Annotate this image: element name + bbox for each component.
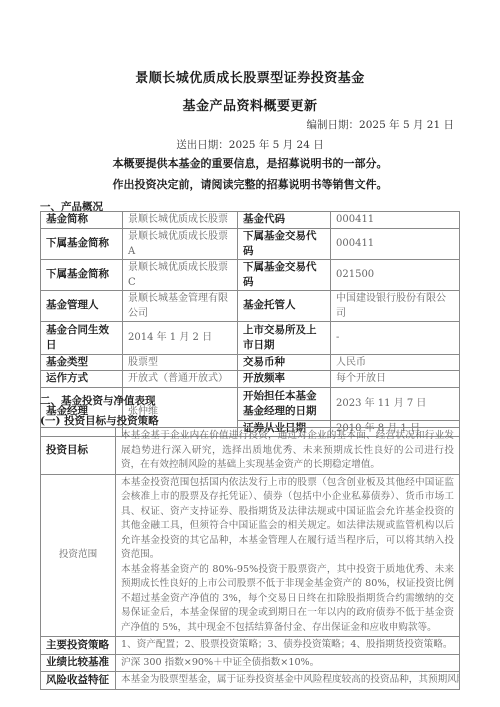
label-listing-exchange-date: 上市交易所及上市日期	[238, 321, 331, 354]
label-sub-fund-a-name: 下属基金简称	[41, 228, 123, 259]
value-manager-start-date: 2023 年 11 月 7 日	[331, 387, 460, 420]
value-trading-currency: 人民币	[331, 354, 460, 371]
table-row: 投资范围 本基金投资范围包括国内依法发行上市的股票（包含创业板及其他经中国证监会…	[41, 474, 460, 637]
value-fund-type: 股票型	[123, 354, 238, 371]
investment-strategy-table: 投资目标 本基金基于企业内在价值进行投资，通过对企业的基本面、经营状况和行业发展…	[40, 427, 460, 690]
label-open-frequency: 开放频率	[238, 371, 331, 388]
value-fund-manager-company: 景顺长城基金管理有限公司	[123, 290, 238, 321]
label-sub-fund-c-code: 下属基金交易代码	[238, 259, 331, 290]
section-investment-heading: 二、基金投资与净值表现	[40, 393, 156, 408]
label-investment-scope: 投资范围	[41, 474, 116, 637]
table-row: 投资目标 本基金基于企业内在价值进行投资，通过对企业的基本面、经营状况和行业发展…	[41, 428, 460, 475]
label-operation-mode: 运作方式	[41, 371, 123, 388]
notice-line-1: 本概要提供本基金的重要信息，是招募说明书的一部分。	[0, 155, 500, 171]
value-listing-exchange-date: -	[331, 321, 460, 354]
label-fund-manager-company: 基金管理人	[41, 290, 123, 321]
label-custodian: 基金托管人	[238, 290, 331, 321]
value-investment-scope: 本基金投资范围包括国内依法发行上市的股票（包含创业板及其他经中国证监会核准上市的…	[116, 474, 460, 637]
send-date: 送出日期：2025 年 5 月 24 日	[0, 137, 500, 152]
value-custodian: 中国建设银行股份有限公司	[331, 290, 460, 321]
value-operation-mode: 开放式（普通开放式）	[123, 371, 238, 388]
value-investment-objective: 本基金基于企业内在价值进行投资，通过对企业的基本面、经营状况和行业发展趋势进行深…	[116, 428, 460, 475]
notice-line-2: 作出投资决定前，请阅读完整的招募说明书等销售文件。	[0, 176, 500, 192]
table-row: 基金管理人 景顺长城基金管理有限公司 基金托管人 中国建设银行股份有限公司	[41, 290, 460, 321]
value-sub-fund-a-code: 000411	[331, 228, 460, 259]
compile-date: 编制日期：2025 年 5 月 21 日	[307, 117, 454, 132]
value-main-strategy: 1、资产配置；2、股票投资策略；3、债券投资策略；4、股指期货投资策略。	[116, 637, 460, 655]
value-risk-return: 本基金为股票型基金，属于证券投资基金中风险程度较高的投资品种，其预期风险和预	[116, 672, 460, 690]
table-row: 业绩比较基准 沪深 300 指数×90%＋中证全债指数×10%。	[41, 654, 460, 672]
label-sub-fund-a-code: 下属基金交易代码	[238, 228, 331, 259]
table-row: 基金简称 景顺长城优质成长股票 基金代码 000411	[41, 212, 460, 229]
label-contract-effective-date: 基金合同生效日	[41, 321, 123, 354]
value-fund-short-name: 景顺长城优质成长股票	[123, 212, 238, 229]
label-trading-currency: 交易币种	[238, 354, 331, 371]
value-benchmark: 沪深 300 指数×90%＋中证全债指数×10%。	[116, 654, 460, 672]
value-fund-code: 000411	[331, 212, 460, 229]
document-title: 基金产品资料概要更新	[0, 95, 500, 114]
label-benchmark: 业绩比较基准	[41, 654, 116, 672]
label-fund-code: 基金代码	[238, 212, 331, 229]
label-main-strategy: 主要投资策略	[41, 637, 116, 655]
label-fund-type: 基金类型	[41, 354, 123, 371]
table-row: 基金合同生效日 2014 年 1 月 2 日 上市交易所及上市日期 -	[41, 321, 460, 354]
label-investment-objective: 投资目标	[41, 428, 116, 475]
value-sub-fund-c-name: 景顺长城优质成长股票 C	[123, 259, 238, 290]
table-row: 下属基金简称 景顺长城优质成长股票 C 下属基金交易代码 021500	[41, 259, 460, 290]
value-contract-effective-date: 2014 年 1 月 2 日	[123, 321, 238, 354]
label-manager-start-date: 开始担任本基金基金经理的日期	[238, 387, 331, 420]
investment-scope-paragraph-1: 本基金投资范围包括国内依法发行上市的股票（包含创业板及其他经中国证监会核准上市的…	[121, 476, 454, 563]
table-row: 风险收益特征 本基金为股票型基金，属于证券投资基金中风险程度较高的投资品种，其预…	[41, 672, 460, 690]
label-risk-return: 风险收益特征	[41, 672, 116, 690]
label-sub-fund-c-name: 下属基金简称	[41, 259, 123, 290]
investment-scope-paragraph-2: 本基金将基金资产的 80%-95%投资于股票资产，其中投资于质地优秀、未来预期成…	[121, 563, 454, 636]
table-row: 主要投资策略 1、资产配置；2、股票投资策略；3、债券投资策略；4、股指期货投资…	[41, 637, 460, 655]
fund-name-title: 景顺长城优质成长股票型证券投资基金	[0, 67, 500, 86]
label-fund-short-name: 基金简称	[41, 212, 123, 229]
table-row: 运作方式 开放式（普通开放式） 开放频率 每个开放日	[41, 371, 460, 388]
table-row: 基金类型 股票型 交易币种 人民币	[41, 354, 460, 371]
subsection-objective-strategy-heading: (一) 投资目标与投资策略	[40, 413, 159, 428]
table-row: 下属基金简称 景顺长城优质成长股票 A 下属基金交易代码 000411	[41, 228, 460, 259]
value-sub-fund-a-name: 景顺长城优质成长股票 A	[123, 228, 238, 259]
value-sub-fund-c-code: 021500	[331, 259, 460, 290]
value-open-frequency: 每个开放日	[331, 371, 460, 388]
